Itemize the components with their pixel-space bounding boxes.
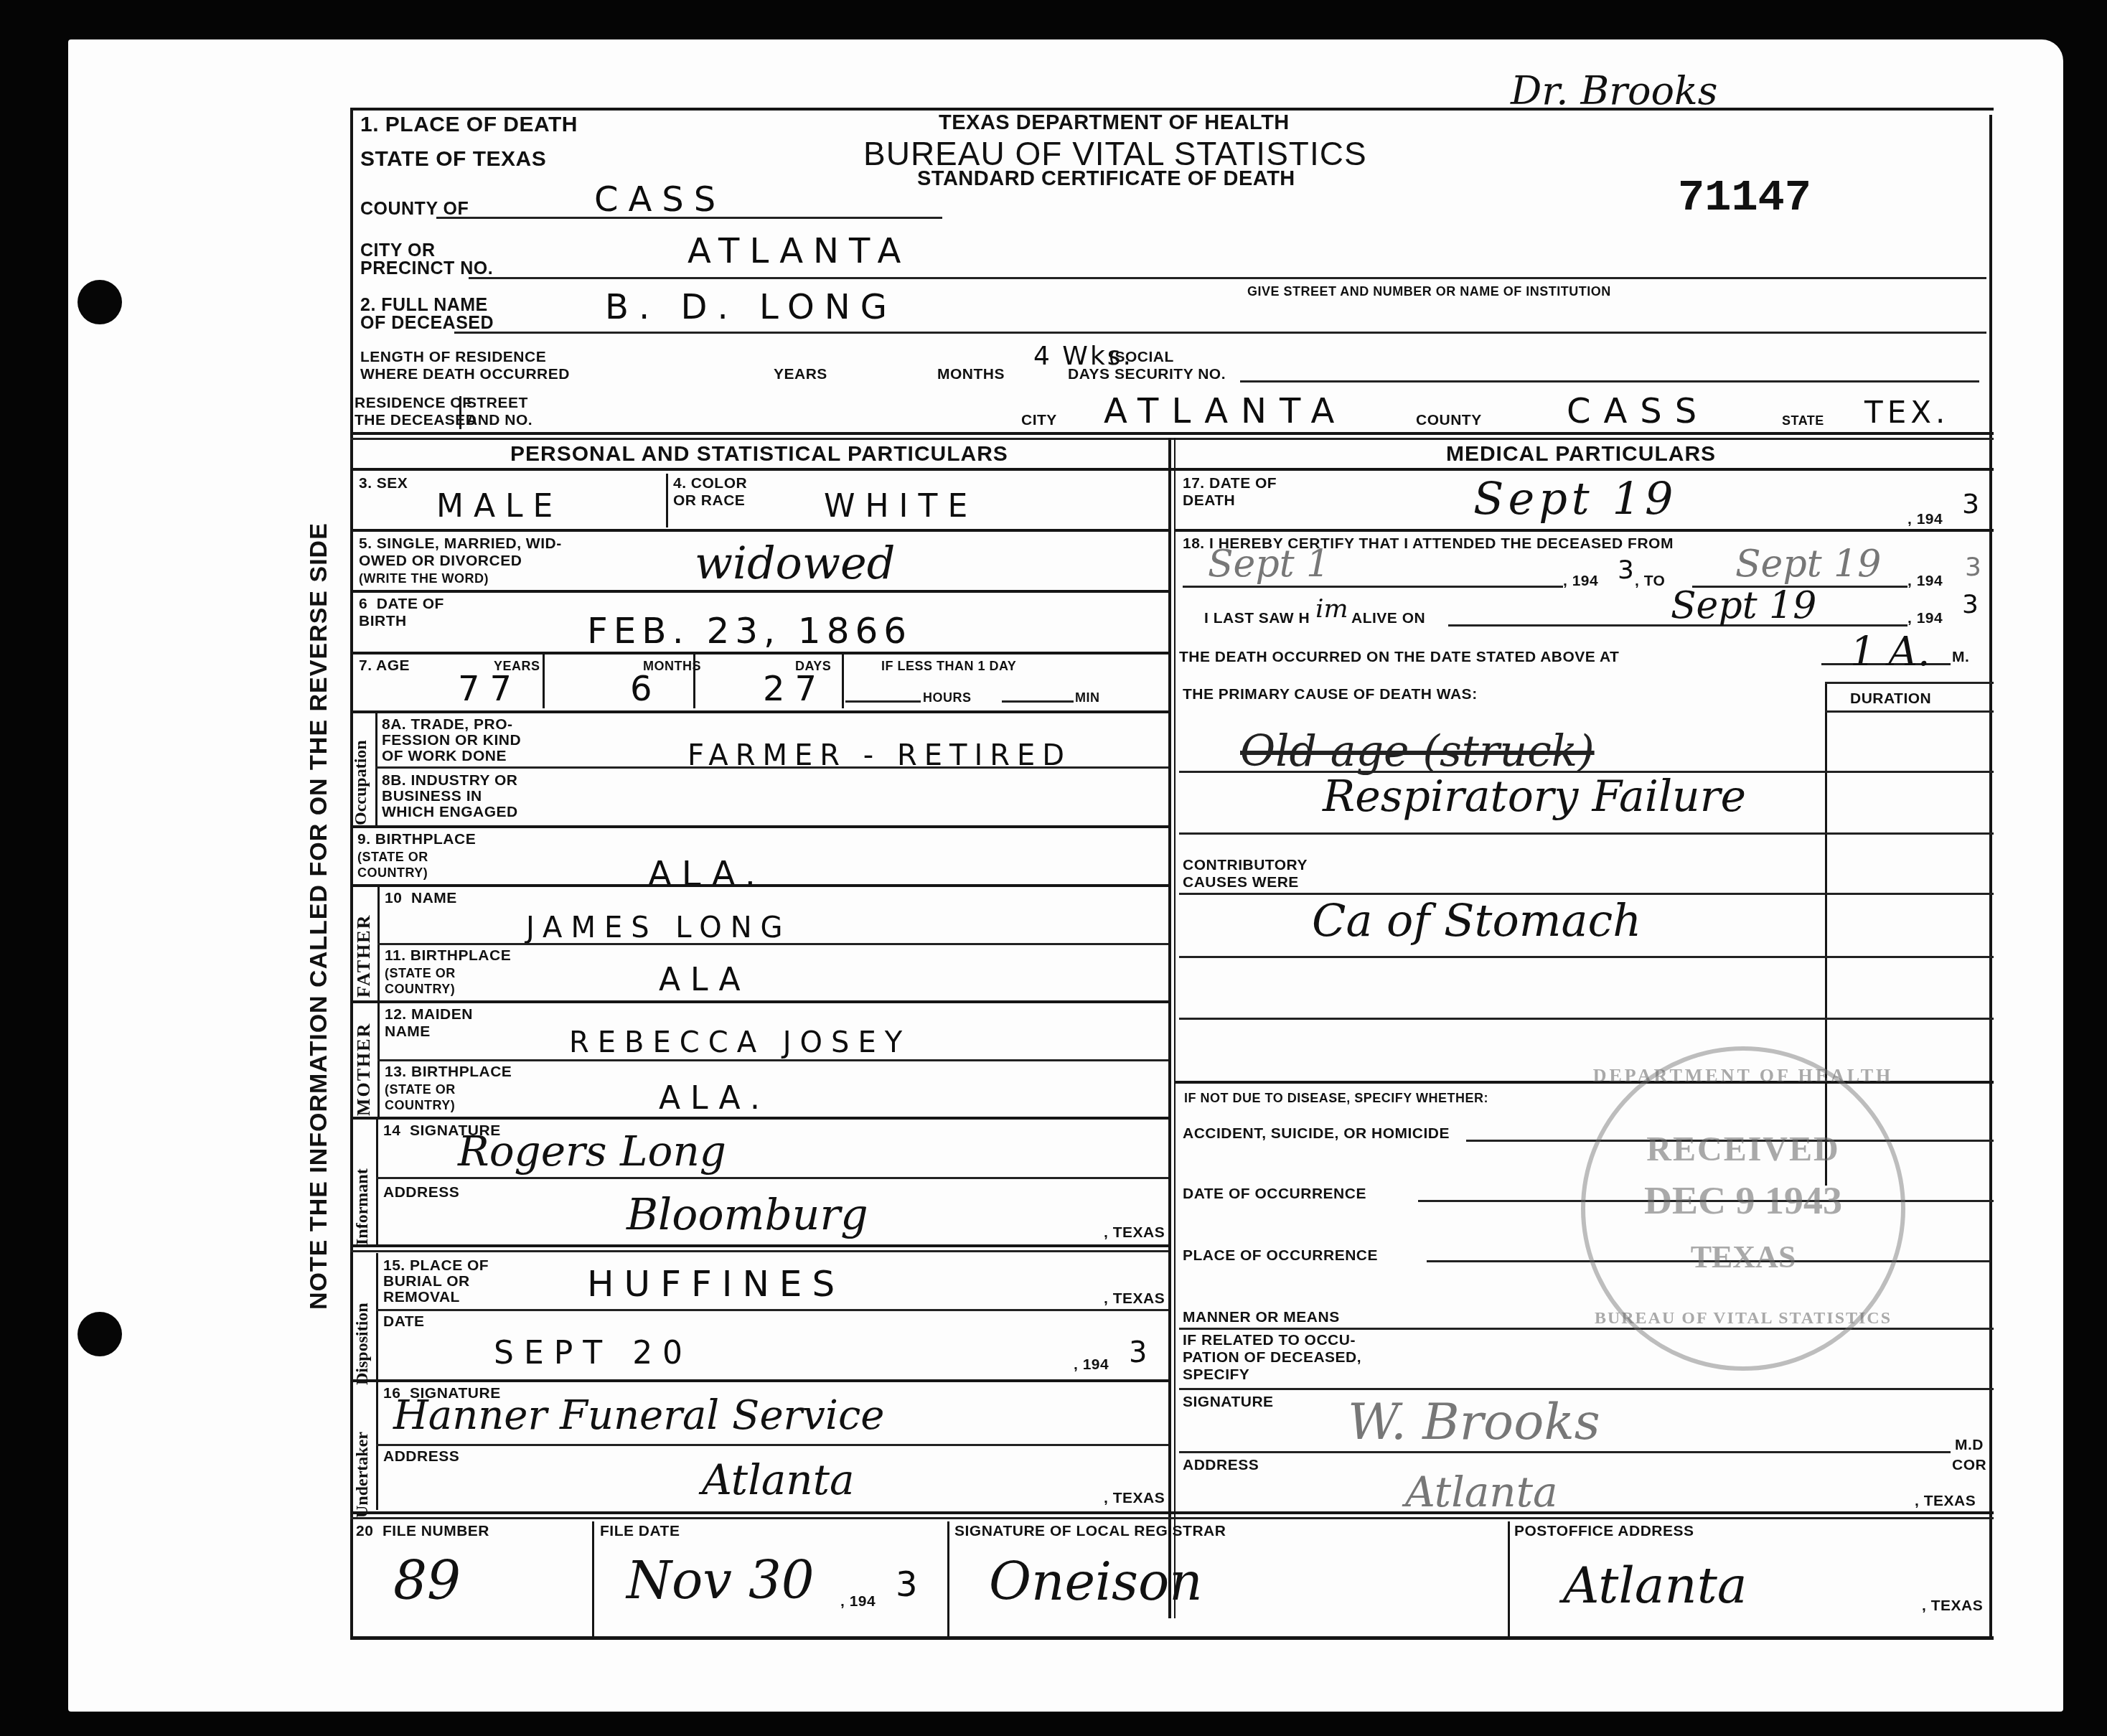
physician-address-label: ADDRESS — [1183, 1457, 1259, 1473]
section-rule — [350, 468, 1994, 471]
row-rule — [350, 652, 1168, 654]
border-top — [350, 108, 1994, 111]
time-label: THE DEATH OCCURRED ON THE DATE STATED AB… — [1179, 649, 1619, 665]
occurrence-place-label: PLACE OF OCCURRENCE — [1183, 1247, 1378, 1264]
color-value: WHITE — [824, 488, 977, 525]
informant-addr-label: ADDRESS — [383, 1184, 459, 1201]
ssn-label-1: (SOCIAL — [1109, 349, 1174, 365]
occupation-related-label-3: SPECIFY — [1183, 1366, 1249, 1383]
row-rule — [1175, 529, 1994, 532]
border-right — [1989, 115, 1992, 1640]
age-years-value: 77 — [458, 669, 522, 709]
time-suffix: M. — [1952, 649, 1969, 665]
months-label: MONTHS — [937, 366, 1005, 383]
last-saw-label-2: ALIVE ON — [1351, 610, 1425, 627]
file-year-suffix: 3 — [896, 1564, 918, 1605]
attended-to-year-suffix: 3 — [1965, 553, 1981, 582]
color-label-2: OR RACE — [673, 492, 745, 509]
county-value: CASS — [594, 179, 726, 220]
color-label-1: 4. COLOR — [673, 475, 747, 492]
manner-label: MANNER OR MEANS — [1183, 1309, 1340, 1326]
primary-cause-struck: Old age (struck) — [1240, 726, 1595, 776]
min-label: MIN — [1075, 690, 1100, 705]
trade-label-3: OF WORK DONE — [382, 748, 507, 764]
physician-address: Atlanta — [1405, 1468, 1558, 1516]
top-annotation: Dr. Brooks — [1511, 68, 1717, 113]
residence-length-label-1: LENGTH OF RESIDENCE — [360, 349, 546, 365]
last-saw-value: Sept 19 — [1671, 584, 1816, 627]
deceased-name: B. D. LONG — [605, 287, 897, 327]
row-rule — [375, 766, 1168, 769]
contributory-value: Ca of Stomach — [1312, 894, 1641, 947]
mother-bp-label-2: (STATE OR — [385, 1082, 456, 1097]
registrar-label: SIGNATURE OF LOCAL REGISTRAR — [954, 1523, 1226, 1539]
mother-bp-label-3: COUNTRY) — [385, 1098, 455, 1112]
sex-color-divider — [666, 474, 668, 527]
row-rule — [350, 1379, 1168, 1382]
row-rule — [350, 1117, 1168, 1120]
birthplace-label-3: COUNTRY) — [357, 865, 428, 880]
header-rule-2 — [350, 438, 1994, 440]
mother-side-label: MOTHER — [353, 1023, 375, 1116]
attended-from-value: Sept 1 — [1208, 543, 1330, 586]
bureau-title: BUREAU OF VITAL STATISTICS — [863, 136, 1367, 171]
duration-label: DURATION — [1850, 690, 1931, 707]
postoffice-label: POSTOFFICE ADDRESS — [1514, 1523, 1694, 1539]
industry-label-3: WHICH ENGAGED — [382, 804, 518, 820]
certificate-form: 1. PLACE OF DEATH STATE OF TEXAS TEXAS D… — [350, 108, 1994, 1640]
not-disease-label: IF NOT DUE TO DISEASE, SPECIFY WHETHER: — [1184, 1091, 1488, 1105]
stamp-top-arc: DEPARTMENT OF HEALTH — [1585, 1065, 1901, 1087]
cause-line-4 — [1179, 956, 1994, 958]
signature-label: SIGNATURE — [1183, 1394, 1274, 1410]
last-saw-fill: im — [1315, 594, 1348, 624]
dob-value: FEB. 23, 1866 — [587, 610, 912, 652]
street-label-1: STREET — [466, 395, 528, 411]
informant-side-label: Informant — [353, 1168, 372, 1245]
received-stamp: DEPARTMENT OF HEALTH RECEIVED DEC 9 1943… — [1581, 1046, 1905, 1371]
years-label: YEARS — [774, 366, 827, 383]
punch-hole-top — [78, 280, 122, 324]
footer-rule-2 — [350, 1517, 1994, 1519]
age-label: 7. AGE — [359, 657, 410, 674]
occupation-related-label-1: IF RELATED TO OCCU- — [1183, 1332, 1356, 1348]
occupation-divider — [375, 712, 377, 827]
res-county-label: COUNTY — [1416, 412, 1482, 428]
dod-year-suffix: 3 — [1962, 488, 1979, 520]
burial-year-prefix: , 194 — [1074, 1356, 1109, 1373]
personal-section-title: PERSONAL AND STATISTICAL PARTICULARS — [350, 442, 1168, 466]
disposition-side-label: Disposition — [353, 1303, 372, 1385]
filing-divider — [592, 1521, 594, 1636]
time-value: 1 A. — [1850, 629, 1930, 675]
father-birthplace-value: ALA — [659, 962, 751, 998]
marital-label-1: 5. SINGLE, MARRIED, WID- — [359, 535, 562, 552]
occupation-related-label-2: PATION OF DECEASED, — [1183, 1349, 1361, 1366]
row-rule — [1179, 1388, 1994, 1390]
min-line — [1002, 700, 1074, 703]
burial-place-value: HUFFINES — [587, 1263, 845, 1305]
residence-length-label-2: WHERE DEATH OCCURRED — [360, 366, 570, 383]
row-rule — [350, 590, 1168, 593]
industry-label-1: 8B. INDUSTRY OR — [382, 772, 518, 789]
row-rule — [376, 1177, 1168, 1179]
certificate-subtitle: STANDARD CERTIFICATE OF DEATH — [917, 169, 1295, 188]
attended-from-line — [1183, 586, 1563, 588]
row-rule — [376, 1309, 1168, 1311]
county-label: COUNTY OF — [360, 200, 469, 218]
name-line — [454, 332, 1986, 334]
cause-line-2 — [1179, 832, 1994, 835]
residence-divider — [459, 396, 461, 429]
row-rule — [350, 1250, 1168, 1252]
institution-hint: GIVE STREET AND NUMBER OR NAME OF INSTIT… — [1247, 284, 1611, 299]
row-rule — [376, 1444, 1168, 1446]
name-label-2: OF DECEASED — [360, 314, 494, 332]
row-rule — [350, 825, 1168, 828]
residence-label-1: RESIDENCE OF — [355, 395, 472, 411]
father-name-value: JAMES LONG — [526, 911, 792, 944]
stamp-line-3: TEXAS — [1585, 1239, 1901, 1275]
trade-label-2: FESSION OR KIND — [382, 732, 521, 749]
res-city-label: CITY — [1021, 412, 1057, 428]
marital-value: widowed — [695, 537, 895, 589]
disposition-divider — [376, 1253, 378, 1381]
res-state-value: TEX. — [1864, 395, 1949, 430]
burial-year-suffix: 3 — [1129, 1336, 1147, 1369]
reverse-side-note: NOTE THE INFORMATION CALLED FOR ON THE R… — [305, 522, 333, 1310]
street-label-2: AND NO. — [466, 412, 532, 428]
filing-divider — [947, 1521, 949, 1636]
informant-texas: , TEXAS — [1104, 1224, 1165, 1241]
file-number-label: 20 FILE NUMBER — [356, 1523, 489, 1539]
city-value: ATLANTA — [688, 231, 911, 271]
informant-signature: Rogers Long — [458, 1127, 726, 1176]
row-rule — [350, 1244, 1168, 1247]
age-less-label: IF LESS THAN 1 DAY — [881, 659, 1016, 673]
footer-rule-1 — [350, 1511, 1994, 1514]
burial-label-3: REMOVAL — [383, 1289, 460, 1305]
mother-bp-label-1: 13. BIRTHPLACE — [385, 1064, 512, 1080]
city-label-2: PRECINCT NO. — [360, 259, 493, 278]
ssn-label-2: SECURITY NO. — [1114, 366, 1226, 383]
primary-cause-value: Respiratory Failure — [1323, 771, 1746, 822]
primary-cause-label: THE PRIMARY CAUSE OF DEATH WAS: — [1183, 686, 1478, 703]
birthplace-value: ALA. — [648, 854, 766, 894]
file-date-value: Nov 30 — [627, 1550, 815, 1610]
ssn-line — [1240, 380, 1979, 383]
mother-name-label-2: NAME — [385, 1023, 431, 1040]
dob-label-1: 6 DATE OF — [359, 596, 444, 612]
city-label-1: CITY OR — [360, 241, 435, 260]
dod-value: Sept 19 — [1473, 472, 1677, 525]
occurrence-date-label: DATE OF OCCURRENCE — [1183, 1186, 1366, 1202]
stamp-line-1: RECEIVED — [1585, 1130, 1901, 1169]
center-divider — [1168, 438, 1171, 1618]
mother-name-value: REBECCA JOSEY — [569, 1026, 911, 1059]
cor-label: COR — [1952, 1457, 1986, 1473]
undertaker-address: Atlanta — [702, 1455, 855, 1504]
stamp-line-2: DEC 9 1943 — [1585, 1178, 1901, 1223]
father-name-label: 10 NAME — [385, 890, 457, 906]
filing-divider — [1508, 1521, 1510, 1636]
attended-to-value: Sept 19 — [1735, 543, 1881, 586]
dod-label-1: 17. DATE OF — [1183, 475, 1277, 492]
duration-rule — [1825, 710, 1994, 713]
sex-value: MALE — [436, 488, 563, 525]
burial-label-2: BURIAL OR — [383, 1273, 470, 1290]
md-label: M.D — [1955, 1437, 1984, 1453]
department-title: TEXAS DEPARTMENT OF HEALTH — [939, 113, 1290, 132]
physician-signature: W. Brooks — [1348, 1392, 1600, 1451]
row-rule — [377, 1059, 1168, 1061]
signature-line — [1179, 1451, 1951, 1453]
contributory-label-1: CONTRIBUTORY — [1183, 857, 1308, 873]
undertaker-texas: , TEXAS — [1104, 1490, 1165, 1506]
undertaker-signature: Hanner Funeral Service — [393, 1392, 884, 1439]
registrar-signature: Oneison — [989, 1552, 1203, 1612]
header-rule-1 — [350, 432, 1994, 435]
res-county-value: CASS — [1567, 391, 1709, 431]
duration-top — [1825, 682, 1994, 684]
sex-label: 3. SEX — [359, 475, 408, 492]
res-city-value: ATLANTA — [1104, 391, 1347, 431]
attended-from-year-suffix: 3 — [1618, 555, 1634, 585]
footer-bottom-rule — [350, 1636, 1994, 1640]
row-rule — [350, 710, 1168, 713]
occupation-side-label: Occupation — [352, 740, 371, 825]
burial-label-1: 15. PLACE OF — [383, 1257, 489, 1274]
attended-from-year-prefix: , 194 — [1563, 573, 1598, 589]
last-saw-year-prefix: , 194 — [1907, 610, 1943, 627]
trade-label-1: 8A. TRADE, PRO- — [382, 716, 513, 733]
postoffice-value: Atlanta — [1563, 1556, 1747, 1615]
marital-label-3: (WRITE THE WORD) — [359, 571, 489, 586]
place-of-death-label: 1. PLACE OF DEATH — [360, 113, 578, 136]
informant-address: Bloomburg — [627, 1190, 868, 1240]
father-side-label: FATHER — [353, 914, 375, 998]
age-days-value: 27 — [763, 669, 827, 709]
marital-label-2: OWED OR DIVORCED — [359, 553, 522, 569]
cause-line-5 — [1179, 1018, 1994, 1020]
res-state-label: STATE — [1782, 413, 1824, 428]
dob-label-2: BIRTH — [359, 613, 407, 629]
state-label: STATE OF TEXAS — [360, 148, 546, 171]
dod-year-prefix: , 194 — [1907, 511, 1943, 527]
dod-label-2: DEATH — [1183, 492, 1235, 509]
hours-label: HOURS — [923, 690, 972, 705]
informant-divider — [376, 1118, 378, 1246]
stamp-bottom-arc: BUREAU OF VITAL STATISTICS — [1585, 1309, 1901, 1328]
last-saw-label-1: I LAST SAW H — [1204, 610, 1310, 627]
file-date-label: FILE DATE — [600, 1523, 680, 1539]
birthplace-label-1: 9. BIRTHPLACE — [357, 831, 476, 848]
contributory-label-2: CAUSES WERE — [1183, 874, 1299, 891]
age-divider — [693, 654, 695, 708]
certificate-number: 71147 — [1678, 172, 1811, 223]
father-bp-label-2: (STATE OR — [385, 966, 456, 980]
last-saw-year-suffix: 3 — [1962, 590, 1979, 619]
name-label-1: 2. FULL NAME — [360, 296, 488, 314]
burial-texas: , TEXAS — [1104, 1290, 1165, 1307]
punch-hole-bottom — [78, 1312, 122, 1356]
residence-label-2: THE DECEASED — [355, 412, 477, 428]
attended-to-year-prefix: , 194 — [1907, 573, 1943, 589]
age-divider — [842, 654, 844, 708]
file-year-prefix: , 194 — [840, 1593, 876, 1610]
city-line — [469, 277, 1986, 279]
hours-line — [845, 700, 921, 703]
burial-date-label: DATE — [383, 1313, 425, 1330]
border-left — [350, 108, 353, 1640]
row-rule — [350, 884, 1168, 887]
row-rule — [377, 943, 1168, 945]
center-divider-2 — [1174, 438, 1175, 1618]
row-rule — [350, 529, 1168, 532]
physician-texas: , TEXAS — [1915, 1493, 1976, 1509]
row-rule — [350, 1000, 1168, 1003]
industry-label-2: BUSINESS IN — [382, 788, 482, 804]
birthplace-label-2: (STATE OR — [357, 850, 428, 864]
mother-birthplace-value: ALA. — [659, 1080, 770, 1117]
to-label: , TO — [1635, 573, 1665, 589]
father-bp-label-1: 11. BIRTHPLACE — [385, 947, 511, 964]
accident-label: ACCIDENT, SUICIDE, OR HOMICIDE — [1183, 1125, 1450, 1142]
postoffice-texas: , TEXAS — [1922, 1597, 1983, 1614]
file-number-value: 89 — [393, 1550, 461, 1612]
undertaker-addr-label: ADDRESS — [383, 1448, 459, 1465]
undertaker-side-label: Undertaker — [353, 1432, 372, 1518]
medical-section-title: MEDICAL PARTICULARS — [1175, 442, 1986, 466]
mother-name-label-1: 12. MAIDEN — [385, 1006, 473, 1023]
father-bp-label-3: COUNTRY) — [385, 982, 455, 996]
age-months-value: 6 — [630, 669, 662, 709]
age-divider — [543, 654, 545, 708]
burial-date-value: SEPT 20 — [494, 1335, 693, 1371]
